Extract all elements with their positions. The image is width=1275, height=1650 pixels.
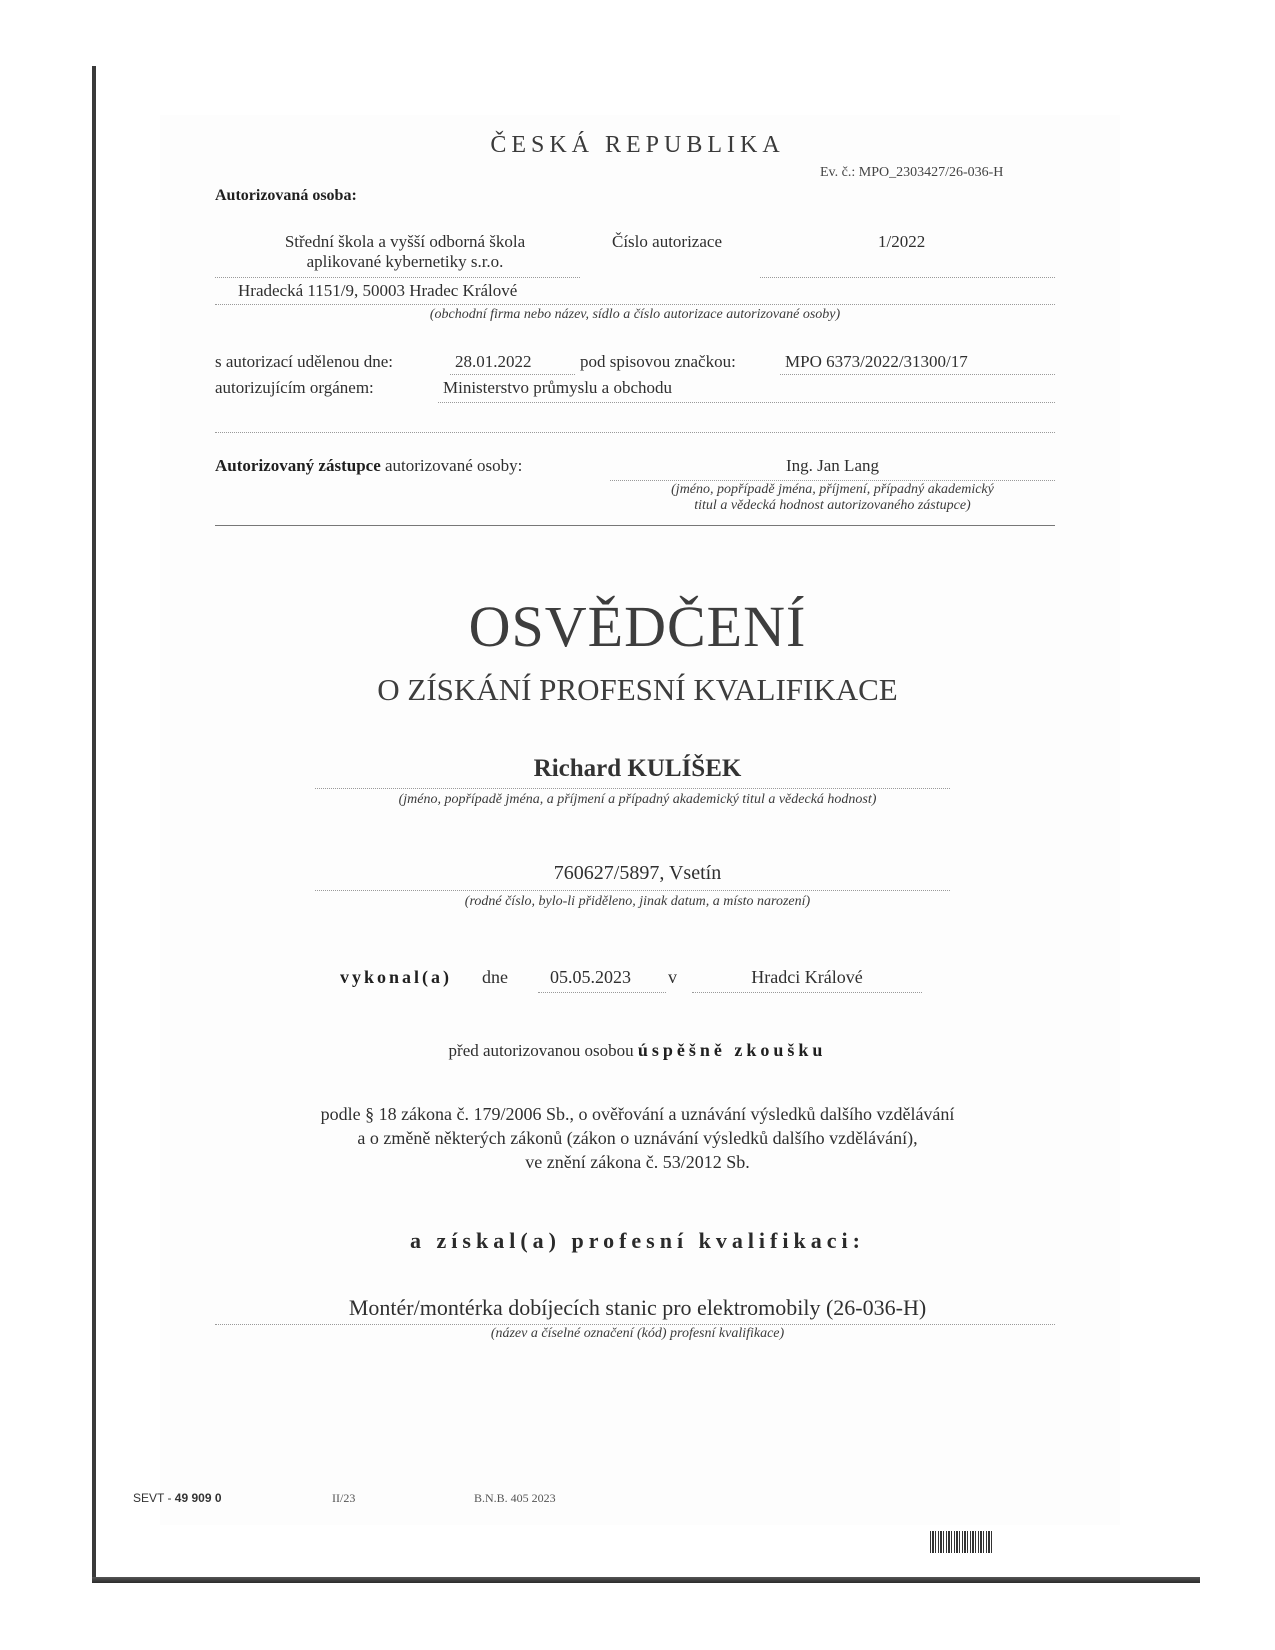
form-code-prefix: SEVT - bbox=[133, 1491, 175, 1505]
granted-date: 28.01.2022 bbox=[455, 352, 532, 372]
performed-label: vykonal(a) bbox=[340, 967, 452, 988]
authorization-number-label: Číslo autorizace bbox=[612, 232, 722, 252]
authorized-person-name-line2: aplikované kybernetiky s.r.o. bbox=[215, 252, 595, 272]
holder-name: Richard KULÍŠEK bbox=[0, 755, 1275, 783]
qualification-caption: (název a číselné označení (kód) profesní… bbox=[0, 1326, 1275, 1342]
evidence-number: Ev. č.: MPO_2303427/26-036-H bbox=[820, 165, 1003, 181]
divider bbox=[450, 374, 575, 375]
divider bbox=[215, 277, 580, 278]
authority-name: Ministerstvo průmyslu a obchodu bbox=[443, 378, 672, 398]
divider bbox=[215, 432, 1055, 433]
authority-label: autorizujícím orgánem: bbox=[215, 378, 374, 398]
form-edition: II/23 bbox=[332, 1491, 355, 1506]
birth-caption: (rodné číslo, bylo-li přiděleno, jinak d… bbox=[0, 894, 1275, 910]
section-divider bbox=[215, 525, 1055, 526]
country-heading: ČESKÁ REPUBLIKA bbox=[0, 132, 1275, 159]
exam-date: 05.05.2023 bbox=[550, 967, 631, 988]
birth-info: 760627/5897, Vsetín bbox=[0, 862, 1275, 885]
divider bbox=[692, 992, 922, 993]
divider bbox=[438, 402, 1055, 403]
representative-caption-line1: (jméno, popřípadě jména, příjmení, přípa… bbox=[610, 482, 1055, 498]
scan-left-edge bbox=[92, 66, 96, 1582]
representative-caption-line2: titul a vědecká hodnost autorizovaného z… bbox=[610, 498, 1055, 514]
authorized-person-name-line1: Střední škola a vyšší odborná škola bbox=[215, 232, 595, 252]
before-text: před autorizovanou osobou bbox=[449, 1041, 634, 1060]
certificate-subtitle: O ZÍSKÁNÍ PROFESNÍ KVALIFIKACE bbox=[0, 672, 1275, 708]
exam-place: Hradci Králové bbox=[692, 967, 922, 988]
authorization-number: 1/2022 bbox=[878, 232, 925, 252]
representative-label-bold: Autorizovaný zástupce bbox=[215, 456, 381, 475]
divider bbox=[780, 374, 1055, 375]
barcode bbox=[930, 1531, 994, 1553]
file-number-label: pod spisovou značkou: bbox=[580, 352, 736, 372]
success-text: úspěšně zkoušku bbox=[638, 1040, 827, 1060]
divider bbox=[760, 277, 1055, 278]
authorized-person-caption: (obchodní firma nebo název, sídlo a čísl… bbox=[215, 307, 1055, 323]
divider bbox=[315, 788, 950, 789]
holder-caption: (jméno, popřípadě jména, a příjmení a př… bbox=[0, 792, 1275, 808]
acquired-qualification-heading: a získal(a) profesní kvalifikaci: bbox=[0, 1228, 1275, 1254]
divider bbox=[538, 992, 666, 993]
law-line3: ve znění zákona č. 53/2012 Sb. bbox=[0, 1150, 1275, 1174]
granted-label: s autorizací udělenou dne: bbox=[215, 352, 393, 372]
law-line1: podle § 18 zákona č. 179/2006 Sb., o ově… bbox=[0, 1102, 1275, 1126]
divider bbox=[215, 304, 1055, 305]
authorized-person-address: Hradecká 1151/9, 50003 Hradec Králové bbox=[238, 281, 517, 301]
law-line2: a o změně některých zákonů (zákon o uzná… bbox=[0, 1126, 1275, 1150]
date-label: dne bbox=[482, 967, 508, 988]
divider bbox=[610, 480, 1055, 481]
divider bbox=[215, 1324, 1055, 1325]
place-label: v bbox=[668, 967, 677, 988]
printer-code: B.N.B. 405 2023 bbox=[474, 1491, 556, 1506]
qualification-name: Montér/montérka dobíjecích stanic pro el… bbox=[0, 1295, 1275, 1321]
representative-name: Ing. Jan Lang bbox=[610, 456, 1055, 476]
divider bbox=[315, 890, 950, 891]
form-code: 49 909 0 bbox=[175, 1491, 222, 1505]
certificate-title: OSVĚDČENÍ bbox=[0, 593, 1275, 660]
scan-bottom-edge bbox=[92, 1577, 1200, 1583]
representative-label: autorizované osoby: bbox=[381, 456, 523, 475]
file-number: MPO 6373/2022/31300/17 bbox=[785, 352, 968, 372]
authorized-person-label: Autorizovaná osoba: bbox=[215, 187, 357, 205]
